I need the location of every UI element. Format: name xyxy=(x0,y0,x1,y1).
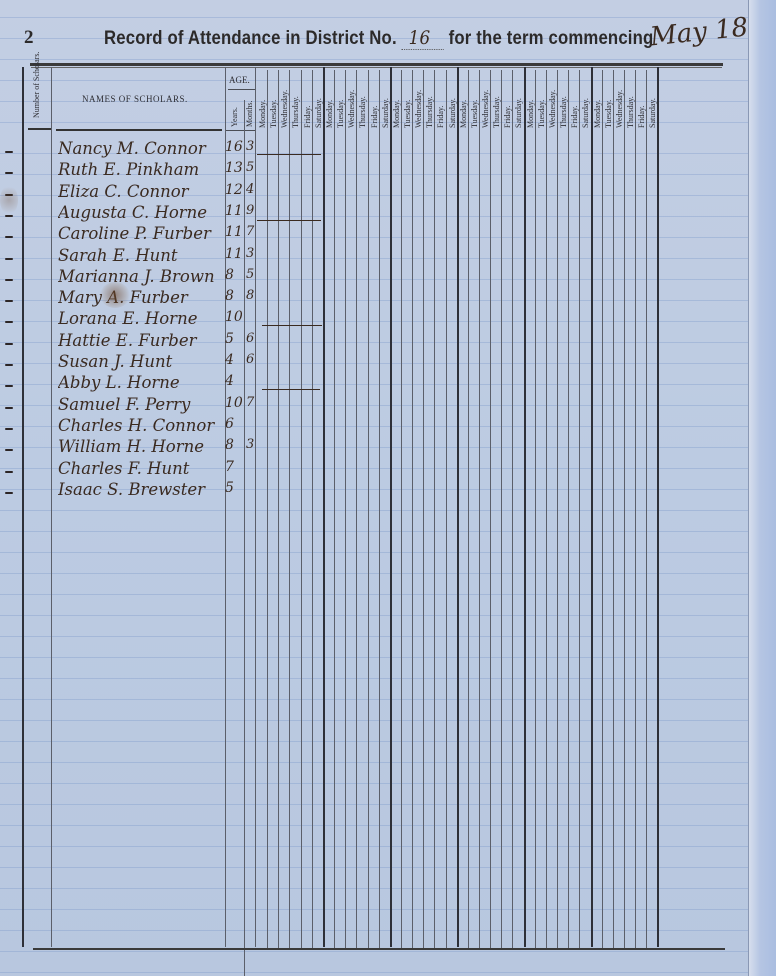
day-divider-line xyxy=(368,70,369,950)
scholar-row: William H. Horne83 xyxy=(52,437,257,459)
header-day-3-2: Tuesday. xyxy=(403,100,412,128)
header-number-label: Number of Scholars. xyxy=(32,52,41,118)
scholar-row: Hattie E. Furber56 xyxy=(52,331,257,353)
scholar-age-years: 11 xyxy=(225,246,245,262)
day-divider-line xyxy=(624,70,625,950)
title-prefix: Record of Attendance in District No. xyxy=(104,28,397,49)
header-day-5-1: Monday. xyxy=(526,100,535,128)
day-divider-line xyxy=(479,70,480,950)
scholar-name: Charles H. Connor xyxy=(58,416,230,435)
scholar-age-years: 11 xyxy=(225,203,245,219)
header-day-3-6: Saturday. xyxy=(448,98,457,128)
day-divider-line xyxy=(423,70,424,950)
title-suffix: for the term commencing xyxy=(449,28,654,49)
margin-tick-mark xyxy=(5,279,13,281)
pen-mark-line xyxy=(257,154,321,155)
header-day-1-1: Monday. xyxy=(258,100,267,128)
scholar-age-years: 16 xyxy=(225,139,245,155)
day-divider-line xyxy=(512,70,513,950)
scholar-age-years: 10 xyxy=(225,395,245,411)
scholar-name: Caroline P. Furber xyxy=(58,224,230,243)
day-divider-line xyxy=(490,70,491,950)
day-divider-line xyxy=(546,70,547,950)
page-title: Record of Attendance in District No. 16 … xyxy=(104,27,653,50)
margin-tick-mark xyxy=(5,258,13,260)
header-age: AGE. xyxy=(229,75,250,85)
pen-mark-line xyxy=(257,220,321,221)
header-day-4-2: Tuesday. xyxy=(470,100,479,128)
day-divider-line xyxy=(535,70,536,950)
scholar-age-years: 12 xyxy=(225,182,245,198)
day-divider-line xyxy=(434,70,435,950)
scholar-age-months: 5 xyxy=(246,267,258,282)
margin-tick-mark xyxy=(5,321,13,323)
day-divider-line xyxy=(267,70,268,950)
header-day-5-6: Saturday. xyxy=(581,98,590,128)
scholar-age-months: 6 xyxy=(246,352,258,367)
margin-tick-mark xyxy=(5,471,13,473)
bottom-double-rule xyxy=(33,948,725,950)
week-divider-line xyxy=(323,67,325,947)
week-divider-line xyxy=(524,67,526,947)
header-day-6-1: Monday. xyxy=(593,100,602,128)
scholar-name: Mary A. Furber xyxy=(58,288,230,307)
header-day-4-6: Saturday. xyxy=(514,98,523,128)
scholar-age-years: 4 xyxy=(225,352,245,368)
scholar-row: Samuel F. Perry107 xyxy=(52,395,257,417)
scholar-age-years: 7 xyxy=(225,459,245,475)
scholar-name: Abby L. Horne xyxy=(58,373,230,392)
margin-tick-mark xyxy=(5,385,13,387)
header-day-1-4: Thursday. xyxy=(291,96,300,128)
scholar-age-years: 8 xyxy=(225,288,245,304)
day-divider-line xyxy=(602,70,603,950)
scholar-age-months: 4 xyxy=(246,182,258,197)
header-day-1-3: Wednesday. xyxy=(280,90,289,128)
margin-tick-mark xyxy=(5,343,13,345)
header-day-3-1: Monday. xyxy=(392,100,401,128)
week-divider-line xyxy=(390,67,392,947)
ledger-page: 2 Record of Attendance in District No. 1… xyxy=(0,0,748,976)
margin-tick-mark xyxy=(5,428,13,430)
next-page-edge xyxy=(748,0,776,976)
day-divider-line xyxy=(278,70,279,950)
header-day-2-6: Saturday. xyxy=(381,98,390,128)
scholar-age-months: 7 xyxy=(246,224,258,239)
margin-tick-mark xyxy=(5,172,13,174)
day-divider-line xyxy=(646,70,647,950)
header-day-2-5: Friday. xyxy=(370,106,379,128)
margin-tick-mark xyxy=(5,300,13,302)
header-day-1-5: Friday. xyxy=(303,106,312,128)
header-day-4-3: Wednesday. xyxy=(481,90,490,128)
header-day-5-3: Wednesday. xyxy=(548,90,557,128)
scholar-name: Augusta C. Horne xyxy=(58,203,230,222)
day-divider-line xyxy=(289,70,290,950)
scholar-age-years: 11 xyxy=(225,224,245,240)
day-divider-line xyxy=(412,70,413,950)
header-number-of-scholars: Number of Scholars. xyxy=(32,52,41,118)
scholar-name: Sarah E. Hunt xyxy=(58,246,230,265)
scholar-name: Charles F. Hunt xyxy=(58,459,230,478)
scholar-age-years: 5 xyxy=(225,331,245,347)
header-names-of-scholars: NAMES OF SCHOLARS. xyxy=(82,94,188,104)
scholar-row: Eliza C. Connor124 xyxy=(52,182,257,204)
scholar-row: Abby L. Horne4 xyxy=(52,373,257,395)
day-divider-line xyxy=(312,70,313,950)
margin-tick-mark xyxy=(5,492,13,494)
scholar-age-years: 5 xyxy=(225,480,245,496)
day-divider-line xyxy=(301,70,302,950)
scholar-row: Susan J. Hunt46 xyxy=(52,352,257,374)
day-divider-line xyxy=(446,70,447,950)
week-divider-line xyxy=(591,67,593,947)
scholar-name: Nancy M. Connor xyxy=(58,139,230,158)
scholar-age-months: 3 xyxy=(246,246,258,261)
page-number: 2 xyxy=(24,27,34,49)
scholar-name: Isaac S. Brewster xyxy=(58,480,230,499)
scholar-age-years: 13 xyxy=(225,160,245,176)
header-day-6-2: Tuesday. xyxy=(604,100,613,128)
scholar-row: Augusta C. Horne119 xyxy=(52,203,257,225)
scholar-age-years: 8 xyxy=(225,437,245,453)
scholar-name: Marianna J. Brown xyxy=(58,267,230,286)
week-divider-line xyxy=(457,67,459,947)
day-divider-line xyxy=(356,70,357,950)
header-day-2-3: Wednesday. xyxy=(347,90,356,128)
scholar-age-years: 4 xyxy=(225,373,245,389)
scholar-age-months: 9 xyxy=(246,203,258,218)
scholar-age-months: 8 xyxy=(246,288,258,303)
day-divider-line xyxy=(557,70,558,950)
margin-tick-mark xyxy=(5,236,13,238)
scholar-name: Susan J. Hunt xyxy=(58,352,230,371)
scholar-row: Ruth E. Pinkham135 xyxy=(52,160,257,182)
day-divider-line xyxy=(468,70,469,950)
day-divider-line xyxy=(501,70,502,950)
district-number: 16 xyxy=(402,27,444,50)
header-day-5-4: Thursday. xyxy=(559,96,568,128)
scholar-row: Charles F. Hunt7 xyxy=(52,459,257,481)
header-day-2-2: Tuesday. xyxy=(336,100,345,128)
header-years: Years. xyxy=(230,107,239,127)
header-underline-number xyxy=(28,128,52,130)
scholar-row: Isaac S. Brewster5 xyxy=(52,480,257,502)
scholar-age-years: 8 xyxy=(225,267,245,283)
header-underline-age xyxy=(226,130,256,131)
scholar-name: Lorana E. Horne xyxy=(58,309,230,328)
margin-tick-mark xyxy=(5,215,13,217)
day-divider-line xyxy=(345,70,346,950)
header-day-4-1: Monday. xyxy=(459,100,468,128)
header-day-2-4: Thursday. xyxy=(358,96,367,128)
margin-tick-mark xyxy=(5,407,13,409)
header-day-6-4: Thursday. xyxy=(626,96,635,128)
day-divider-line xyxy=(401,70,402,950)
day-divider-line xyxy=(579,70,580,950)
paper-stain xyxy=(0,185,18,215)
header-day-3-4: Thursday. xyxy=(425,96,434,128)
scholar-age-years: 6 xyxy=(225,416,245,432)
border-left xyxy=(22,67,24,947)
day-divider-line xyxy=(379,70,380,950)
scholar-name: William H. Horne xyxy=(58,437,230,456)
scholar-row: Marianna J. Brown85 xyxy=(52,267,257,289)
scholar-age-months: 3 xyxy=(246,139,258,154)
scholar-age-years: 10 xyxy=(225,309,245,325)
header-day-6-6: Saturday. xyxy=(648,98,657,128)
day-divider-line xyxy=(613,70,614,950)
header-day-4-5: Friday. xyxy=(503,106,512,128)
header-day-5-2: Tuesday. xyxy=(537,100,546,128)
header-day-1-6: Saturday. xyxy=(314,98,323,128)
scholar-row: Lorana E. Horne10 xyxy=(52,309,257,331)
scholar-row: Charles H. Connor6 xyxy=(52,416,257,438)
header-day-6-5: Friday. xyxy=(637,106,646,128)
scholar-age-months: 3 xyxy=(246,437,258,452)
scholar-row: Mary A. Furber88 xyxy=(52,288,257,310)
scholar-age-months: 7 xyxy=(246,395,258,410)
scholar-name: Eliza C. Connor xyxy=(58,182,230,201)
header-day-6-3: Wednesday. xyxy=(615,90,624,128)
day-divider-line xyxy=(568,70,569,950)
header-day-2-1: Monday. xyxy=(325,100,334,128)
scholar-row: Caroline P. Furber117 xyxy=(52,224,257,246)
age-divider xyxy=(228,89,256,90)
header-day-3-3: Wednesday. xyxy=(414,90,423,128)
day-divider-line xyxy=(334,70,335,950)
scholar-name: Hattie E. Furber xyxy=(58,331,230,350)
header-day-5-5: Friday. xyxy=(570,106,579,128)
pen-mark-line xyxy=(262,389,320,390)
header-underline-names xyxy=(56,129,222,131)
header-day-1-2: Tuesday. xyxy=(269,100,278,128)
margin-tick-mark xyxy=(5,449,13,451)
header-months: Months. xyxy=(245,101,254,127)
margin-tick-mark xyxy=(5,151,13,153)
scholar-age-months: 6 xyxy=(246,331,258,346)
week-divider-line xyxy=(657,67,659,947)
header-day-3-5: Friday. xyxy=(436,106,445,128)
ink-stain xyxy=(100,282,130,308)
scholar-row: Nancy M. Connor163 xyxy=(52,139,257,161)
pen-mark-line xyxy=(262,325,322,326)
day-divider-line xyxy=(635,70,636,950)
top-double-rule xyxy=(30,63,723,66)
header-day-4-4: Thursday. xyxy=(492,96,501,128)
scholar-name: Samuel F. Perry xyxy=(58,395,230,414)
scholar-age-months: 5 xyxy=(246,160,258,175)
scholar-row: Sarah E. Hunt113 xyxy=(52,246,257,268)
scholar-name: Ruth E. Pinkham xyxy=(58,160,230,179)
margin-tick-mark xyxy=(5,364,13,366)
